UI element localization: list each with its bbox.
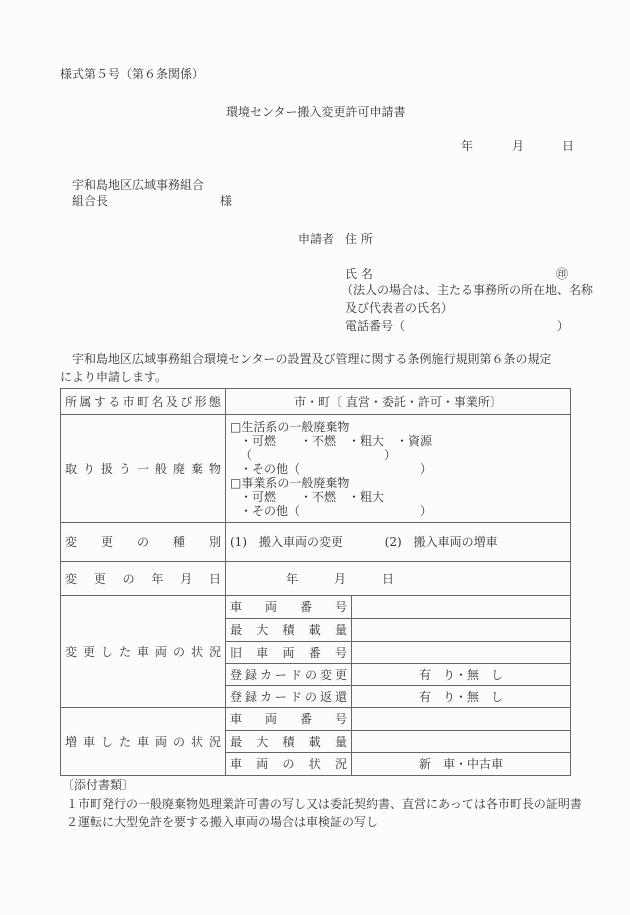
table-row: 変更した車両の状況 車両番号 (61, 596, 571, 619)
application-table: 所属する市町名及び形態 市・町〔 直営・委託・許可・事業所〕 取り扱う一般廃棄物… (60, 388, 571, 776)
change-date-label: 変更の年月日 (61, 562, 226, 596)
waste-type-options[interactable]: □生活系の一般廃棄物 ・可燃 ・不燃 ・粗大 ・資源（ ） ・その他（ ） □事… (226, 415, 571, 523)
addressee-honorific: 様 (220, 194, 232, 208)
tel-label: 電話番号（ (345, 319, 405, 333)
date-year: 年 (461, 139, 473, 153)
table-row: 変更の年月日 年 月 日 (61, 562, 571, 596)
date-month: 月 (512, 139, 524, 153)
changed-vehicle-number-label: 車両番号 (226, 596, 352, 619)
old-vehicle-number-label: 旧車両番号 (226, 642, 352, 664)
added-vehicle-number-field[interactable] (352, 708, 571, 731)
municipality-label: 所属する市町名及び形態 (61, 389, 226, 415)
change-type-options[interactable]: (1) 搬入車両の変更 (2) 搬入車両の増車 (226, 523, 571, 562)
addressee-org: 宇和島地区広域事務組合 (72, 178, 204, 192)
intro-line1: 宇和島地区広域事務組合環境センターの設置及び管理に関する条例施行規則第６条の規定 (72, 352, 552, 366)
added-vehicle-label: 増車した車両の状況 (61, 708, 226, 776)
changed-max-load-label: 最大積載量 (226, 619, 352, 642)
table-row: 増車した車両の状況 車両番号 (61, 708, 571, 731)
tel-close: ） (557, 319, 569, 333)
added-vehicle-number-label: 車両番号 (226, 708, 352, 731)
business-waste-checkbox[interactable]: □事業系の一般廃棄物 (230, 476, 566, 490)
added-vehicle-condition-choice[interactable]: 新 車・中古車 (352, 753, 571, 776)
changed-max-load-field[interactable] (352, 619, 571, 642)
table-row: 変更の種別 (1) 搬入車両の変更 (2) 搬入車両の増車 (61, 523, 571, 562)
card-return-choice[interactable]: 有 り・無 し (352, 686, 571, 708)
added-vehicle-condition-label: 車両の状況 (226, 753, 352, 776)
option-vehicle-add[interactable]: (2) 搬入車両の増車 (385, 535, 498, 549)
card-change-label: 登録カードの変更 (226, 664, 352, 686)
added-max-load-field[interactable] (352, 731, 571, 753)
intro-line2: により申請します。 (60, 370, 167, 384)
business-waste-categories[interactable]: ・可燃 ・不燃 ・粗大 (230, 490, 566, 504)
applicant-label: 申請者 (298, 232, 334, 246)
option-vehicle-change[interactable]: (1) 搬入車両の変更 (230, 535, 343, 549)
card-return-label: 登録カードの返還 (226, 686, 352, 708)
change-date-value[interactable]: 年 月 日 (226, 562, 571, 596)
waste-type-label: 取り扱う一般廃棄物 (61, 415, 226, 523)
corp-note-line2: 及び代表者の氏名） (345, 301, 453, 315)
applicant-name-label: 氏 名 (345, 267, 373, 281)
corp-note-line1: （法人の場合は、主たる事務所の所在地、名称 (341, 283, 593, 297)
old-vehicle-number-field[interactable] (352, 642, 571, 664)
attachment-item: ２運転に大型免許を要する搬入車両の場合は車検証の写し (66, 815, 378, 829)
household-waste-categories[interactable]: ・可燃 ・不燃 ・粗大 ・資源（ ） (230, 434, 566, 462)
municipality-value[interactable]: 市・町〔 直営・委託・許可・事業所〕 (226, 389, 571, 415)
added-max-load-label: 最大積載量 (226, 731, 352, 753)
business-waste-other[interactable]: ・その他（ ） (230, 504, 566, 518)
form-number: 様式第５号（第６条関係） (60, 67, 204, 81)
household-waste-checkbox[interactable]: □生活系の一般廃棄物 (230, 420, 566, 434)
table-row: 所属する市町名及び形態 市・町〔 直営・委託・許可・事業所〕 (61, 389, 571, 415)
card-change-choice[interactable]: 有 り・無 し (352, 664, 571, 686)
date-day: 日 (562, 139, 574, 153)
document-title: 環境センター搬入変更許可申請書 (226, 105, 406, 119)
household-waste-other[interactable]: ・その他（ ） (230, 462, 566, 476)
attachment-item: １市町発行の一般廃棄物処理業許可書の写し又は委託契約書、直営にあっては各市町長の… (66, 797, 582, 811)
table-row: 取り扱う一般廃棄物 □生活系の一般廃棄物 ・可燃 ・不燃 ・粗大 ・資源（ ） … (61, 415, 571, 523)
changed-vehicle-label: 変更した車両の状況 (61, 596, 226, 708)
attachments-heading: 〔添付書類〕 (62, 778, 134, 792)
change-type-label: 変更の種別 (61, 523, 226, 562)
changed-vehicle-number-field[interactable] (352, 596, 571, 619)
applicant-address-label: 住 所 (345, 232, 373, 246)
addressee-position: 組合長 (72, 194, 108, 208)
seal-icon: ㊞ (556, 267, 568, 281)
